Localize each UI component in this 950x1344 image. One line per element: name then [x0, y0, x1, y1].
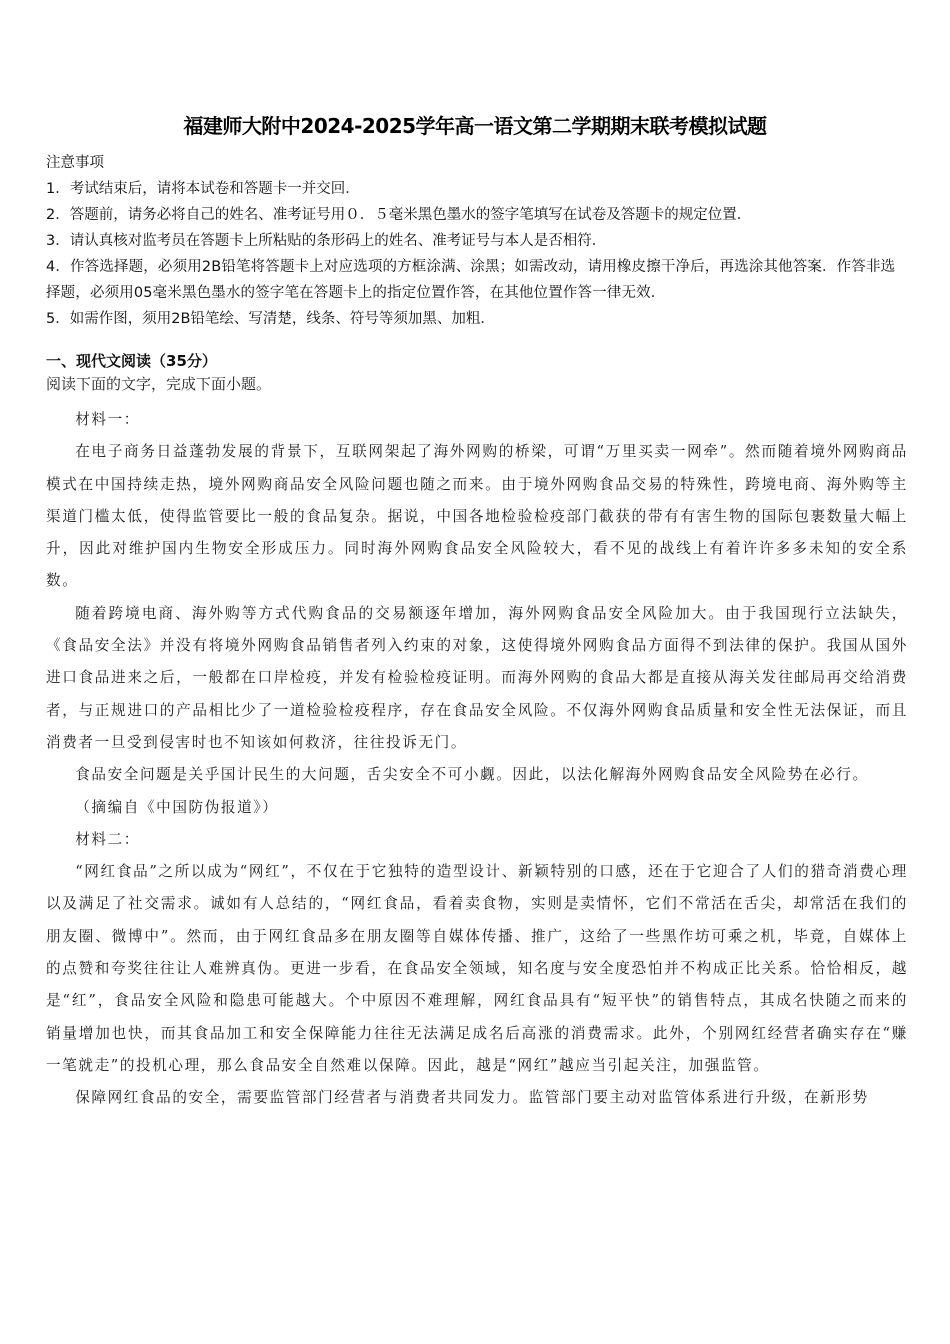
material-1-source: （摘编自《中国防伪报道》） — [46, 792, 908, 824]
section-heading: 一、现代文阅读（35分） — [46, 349, 906, 373]
material-1-paragraph: 在电子商务日益蓬勃发展的背景下，互联网架起了海外网购的桥梁，可谓“万里买卖一网牵… — [46, 436, 908, 597]
notice-item-1: 1．考试结束后，请将本试卷和答题卡一并交回． — [46, 176, 906, 202]
notice-item-2: 2．答题前，请务必将自己的姓名、准考证号用０．５毫米黑色墨水的签字笔填写在试卷及… — [46, 202, 906, 228]
notice-heading: 注意事项 — [46, 150, 906, 176]
material-2-paragraph: 保障网红食品的安全，需要监管部门经营者与消费者共同发力。监管部门要主动对监管体系… — [46, 1082, 908, 1114]
material-1-label: 材料一： — [46, 404, 908, 436]
notice-item-4: 4．作答选择题，必须用2B铅笔将答题卡上对应选项的方框涂满、涂黑；如需改动，请用… — [46, 254, 906, 306]
material-2-paragraph: “网红食品”之所以成为“网红”，不仅在于它独特的造型设计、新颖特别的口感，还在于… — [46, 856, 908, 1082]
exam-page: 福建师大附中2024-2025学年高一语文第二学期期末联考模拟试题 注意事项 1… — [0, 0, 950, 1344]
reading-passage: 材料一： 在电子商务日益蓬勃发展的背景下，互联网架起了海外网购的桥梁，可谓“万里… — [46, 404, 908, 1115]
material-1-paragraph: 食品安全问题是关乎国计民生的大问题，舌尖安全不可小觑。因此，以法化解海外网购食品… — [46, 759, 908, 791]
material-2-label: 材料二： — [46, 824, 908, 856]
document-title: 福建师大附中2024-2025学年高一语文第二学期期末联考模拟试题 — [0, 112, 950, 140]
notice-item-3: 3．请认真核对监考员在答题卡上所粘贴的条形码上的姓名、准考证号与本人是否相符． — [46, 228, 906, 254]
material-1-paragraph: 随着跨境电商、海外购等方式代购食品的交易额逐年增加，海外网购食品安全风险加大。由… — [46, 598, 908, 759]
section-instruction: 阅读下面的文字，完成下面小题。 — [46, 372, 906, 396]
notice-block: 注意事项 1．考试结束后，请将本试卷和答题卡一并交回． 2．答题前，请务必将自己… — [46, 150, 906, 332]
notice-item-5: 5．如需作图，须用2B铅笔绘、写清楚，线条、符号等须加黑、加粗． — [46, 306, 906, 332]
